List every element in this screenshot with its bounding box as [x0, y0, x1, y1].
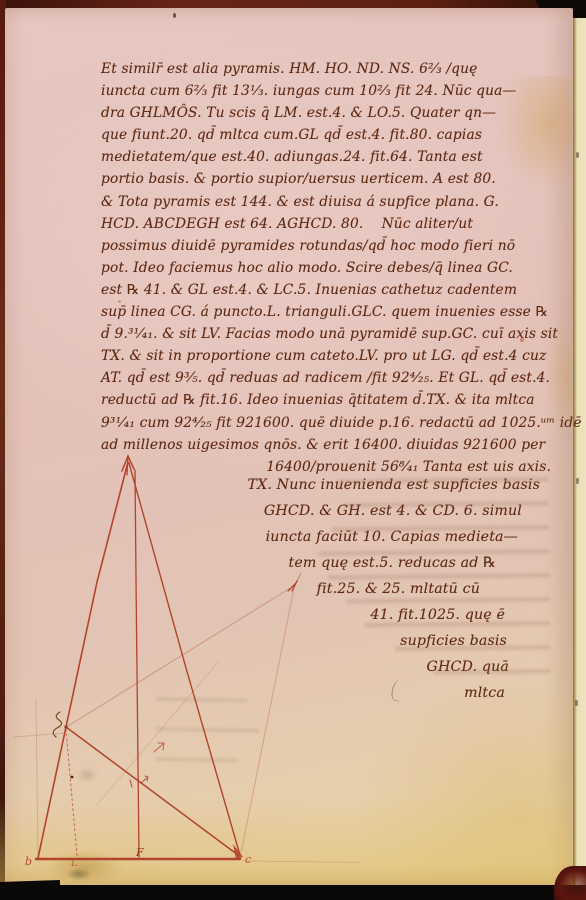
bleedthrough-line [364, 621, 550, 628]
faint-trace-line [36, 700, 38, 856]
manuscript-text-line: d̄ 9.³¹⁄₄₁. & sit LV. Facias modo unā py… [101, 323, 551, 345]
manuscript-text-line: que fiunt.20. qd̄ mltca cum.GL qd̄ est.4… [101, 124, 551, 146]
bleedthrough-line [343, 501, 549, 508]
label-f: F [135, 846, 144, 859]
manuscript-text-line: AT. qd̄ est 9³⁄₅. qd̄ reduas ad radicem … [101, 367, 551, 389]
manuscript-text-line: est ℞ 41. & GL est.4. & LC.5. Inuenias c… [101, 279, 551, 301]
manuscript-text-line: pot. Ideo faciemus hoc alio modo. Scire … [101, 257, 551, 279]
label-b: b [25, 855, 32, 868]
label-mark-v [130, 780, 132, 787]
manuscript-text-line: medietatem/que est.40. adiungas.24. fit.… [101, 146, 551, 168]
faint-diagonal-line [96, 662, 218, 806]
bleedthrough-line [328, 573, 550, 580]
page-edge-fleck [575, 700, 578, 706]
manuscript-text-line: TX. & sit in proportione cum cateto.LV. … [101, 345, 551, 367]
manuscript-text-line: portio basis. & portio supior/uersus uer… [101, 168, 551, 190]
main-text-block: Et similr̄ est alia pyramis. HM. HO. ND.… [101, 58, 551, 478]
bleedthrough-line [433, 669, 551, 675]
photo-bottom-edge [0, 885, 586, 900]
book-page-edges [573, 0, 586, 900]
page-edge-fleck [576, 478, 579, 484]
interior-arrow-mark [154, 743, 164, 752]
manuscript-text-line: sup̄ linea CG. á puncto.L. trianguli.GLC… [101, 301, 551, 323]
triangle-left-edge [38, 462, 128, 858]
label-l: L [70, 858, 78, 869]
bleedthrough-line [331, 525, 549, 532]
dotted-line-g-to-l [66, 729, 77, 856]
faint-pyramid-left-edge [68, 587, 292, 726]
bleedthrough-line [395, 645, 551, 652]
pyramid-axis-line [135, 470, 139, 857]
manuscript-text-line: dra GHLMÔS. Tu scis q̄ LM. est.4. & LO.5… [101, 102, 551, 124]
manuscript-text-line: iuncta cum 6²⁄₃ fit 13¹⁄₃. iungas cum 10… [101, 80, 551, 102]
label-mark-arrow [141, 776, 148, 783]
crease-line [243, 861, 360, 864]
point-g-dot [64, 725, 67, 728]
manuscript-text-line: Et similr̄ est alia pyramis. HM. HO. ND.… [101, 58, 551, 80]
corner-tick-b [38, 845, 41, 858]
point-dot [71, 776, 74, 779]
manuscript-text-line: & Tota pyramis est 144. & est diuisa á s… [101, 191, 551, 213]
second-apex-mark [288, 581, 297, 591]
bleedthrough-line [346, 597, 550, 604]
manuscript-text-line: possimus diuidē pyramides rotundas/qd̄ h… [101, 235, 551, 257]
label-c: c [245, 853, 251, 866]
geometry-diagram: b L F c [0, 430, 360, 900]
manuscript-text-line: reductū ad ℞ fit.16. Ideo inuenias q̄tit… [101, 389, 551, 411]
faint-trace-line [14, 733, 64, 737]
faint-pyramid-right-edge [241, 588, 294, 853]
line-g-to-c [66, 727, 238, 855]
manuscript-text-line: HCD. ABCDEGH est 64. AGHCD. 80. Nūc alit… [101, 213, 551, 235]
page-edge-fleck [576, 152, 579, 158]
bleedthrough-line [337, 477, 549, 484]
triangle-right-edge [129, 463, 240, 855]
